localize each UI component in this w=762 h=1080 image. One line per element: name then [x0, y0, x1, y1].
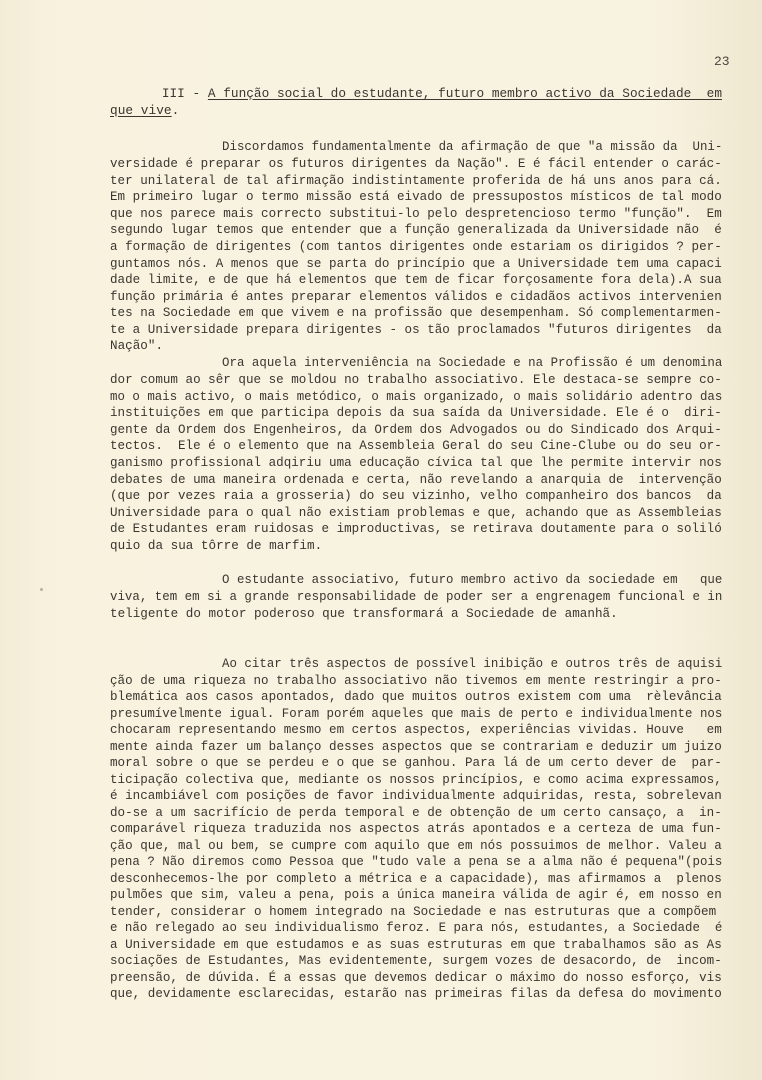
text-line: mo o mais activo, o mais metódico, o mai… — [110, 389, 713, 405]
text-line: chocaram representando mesmo em certos a… — [110, 722, 720, 738]
text-line: te a Universidade prepara dirigentes - o… — [110, 322, 720, 338]
text-line: mente ainda fazer um balanço desses aspe… — [110, 739, 720, 755]
text-line: Nação". — [110, 338, 722, 354]
scanned-page: 23 III - A função social do estudante, f… — [0, 0, 762, 1080]
text-line: ter unilateral de tal afirmação indistin… — [110, 173, 720, 189]
text-line: Ora aquela interveniência na Sociedade e… — [110, 355, 713, 371]
text-line: debates de uma maneira ordenada e certa,… — [110, 472, 720, 488]
text-line: blemática aos casos apontados, dado que … — [110, 689, 720, 705]
text-line: pena ? Não diremos como Pessoa que "tudo… — [110, 854, 713, 870]
text-line: a formação de dirigentes (com tantos dir… — [110, 239, 720, 255]
heading-title-part-2: que vive — [110, 103, 172, 118]
text-line: ção de uma riqueza no trabalho associati… — [110, 673, 720, 689]
text-line: dade limite, e de que há elementos que t… — [110, 272, 720, 288]
text-line: que, devidamente esclarecidas, estarão n… — [110, 986, 720, 1002]
section-heading-line-1: III - A função social do estudante, futu… — [110, 86, 720, 102]
text-line: O estudante associativo, futuro membro a… — [110, 572, 713, 588]
page-number: 23 — [714, 54, 730, 69]
text-line: é incambiável com posições de favor indi… — [110, 788, 720, 804]
text-line: presumívelmente igual. Foram porém aquel… — [110, 706, 713, 722]
text-line: tes na Sociedade em que vivem e na profi… — [110, 305, 720, 321]
heading-title-part-1: A função social do estudante, futuro mem… — [208, 86, 722, 101]
text-line: tectos. Ele é o elemento que na Assemble… — [110, 438, 720, 454]
text-line: dor comum ao sêr que se moldou no trabal… — [110, 372, 720, 388]
text-line: do-se a um sacrifício de perda temporal … — [110, 805, 720, 821]
text-line: gente da Ordem dos Engenheiros, da Ordem… — [110, 422, 720, 438]
text-line: função primária é antes preparar element… — [110, 289, 720, 305]
text-line: de Estudantes eram ruidosas e improducti… — [110, 521, 720, 537]
text-line: ticipação colectiva que, mediante os nos… — [110, 772, 720, 788]
text-line: quio da sua tôrre de marfim. — [110, 538, 722, 554]
heading-title-end: . — [172, 103, 180, 118]
text-line: ção que, mal ou bem, se cumpre com aquil… — [110, 838, 720, 854]
section-heading-line-2: que vive. — [110, 103, 722, 119]
heading-prefix: III - — [110, 86, 208, 101]
text-line: Discordamos fundamentalmente da afirmaçã… — [110, 139, 713, 155]
text-line: viva, tem em si a grande responsabilidad… — [110, 589, 713, 605]
text-line: teligente do motor poderoso que transfor… — [110, 606, 722, 622]
text-line: segundo lugar temos que entender que a f… — [110, 222, 720, 238]
text-line: (que por vezes raia a grosseria) do seu … — [110, 488, 720, 504]
text-line: ganismo profissional adqiriu uma educaçã… — [110, 455, 720, 471]
text-line: versidade é preparar os futuros dirigent… — [110, 156, 720, 172]
text-line: pulmões que sim, valeu a pena, pois a ún… — [110, 887, 720, 903]
text-line: guntamos nós. A menos que se parta do pr… — [110, 256, 720, 272]
text-line: comparável riqueza traduzida nos aspecto… — [110, 821, 720, 837]
text-line: tender, considerar o homem integrado na … — [110, 904, 722, 920]
text-line: preensão, de dúvida. É a essas que devem… — [110, 970, 720, 986]
text-line: Em primeiro lugar o termo missão está ei… — [110, 189, 720, 205]
text-line: Ao citar três aspectos de possível inibi… — [110, 656, 713, 672]
text-line: desconhecemos-lhe por completo a métrica… — [110, 871, 720, 887]
text-line: que nos parece mais correcto substitui-l… — [110, 206, 720, 222]
text-line: e não relegado ao seu individualismo fer… — [110, 920, 713, 936]
text-line: Universidade para o qual não existiam pr… — [110, 505, 720, 521]
text-line: a Universidade em que estudamos e as sua… — [110, 937, 720, 953]
text-line: moral sobre o que se perdeu e o que se g… — [110, 755, 720, 771]
text-line: sociações de Estudantes, Mas evidentemen… — [110, 953, 720, 969]
paper-speck — [40, 588, 43, 591]
text-line: instituições em que participa depois da … — [110, 405, 720, 421]
